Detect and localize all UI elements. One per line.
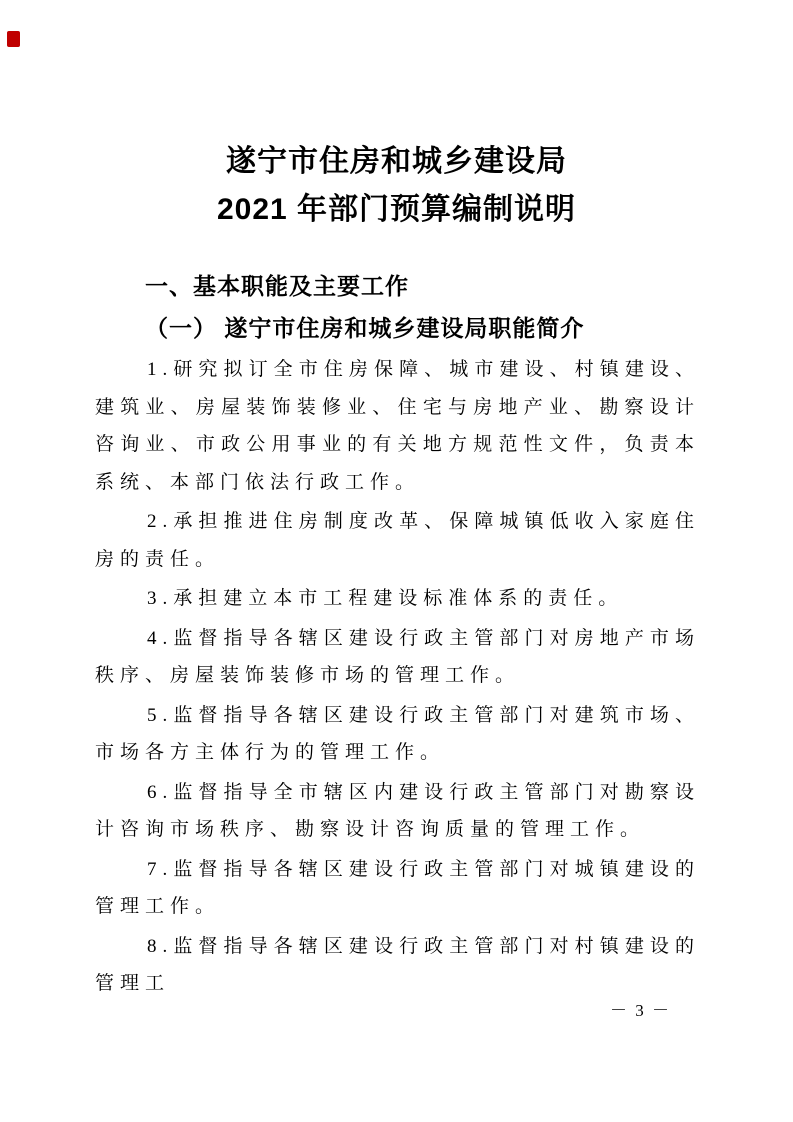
subsection-heading: （一） 遂宁市住房和城乡建设局职能简介: [145, 307, 733, 349]
document-title-line2: 2021 年部门预算编制说明: [0, 186, 793, 234]
body-paragraph: 8.监督指导各辖区建设行政主管部门对村镇建设的管理工: [95, 928, 700, 1003]
body-paragraph: 6.监督指导全市辖区内建设行政主管部门对勘察设计咨询市场秩序、勘察设计咨询质量的…: [95, 774, 700, 849]
document-title-line1: 遂宁市住房和城乡建设局: [0, 138, 793, 186]
document-title: 遂宁市住房和城乡建设局 2021 年部门预算编制说明: [0, 0, 793, 234]
body-paragraph: 2.承担推进住房制度改革、保障城镇低收入家庭住房的责任。: [95, 503, 700, 578]
body-paragraph: 3.承担建立本市工程建设标准体系的责任。: [95, 580, 700, 618]
body-paragraph: 4.监督指导各辖区建设行政主管部门对房地产市场秩序、房屋装饰装修市场的管理工作。: [95, 620, 700, 695]
page-number: － 3 －: [610, 996, 671, 1021]
body-paragraph: 7.监督指导各辖区建设行政主管部门对城镇建设的管理工作。: [95, 851, 700, 926]
red-corner-mark: [7, 31, 20, 47]
section-heading: 一、基本职能及主要工作: [145, 265, 700, 307]
document-body: 1.研究拟订全市住房保障、城市建设、村镇建设、建筑业、房屋装饰装修业、住宅与房地…: [0, 351, 793, 1003]
document-page: 遂宁市住房和城乡建设局 2021 年部门预算编制说明 一、基本职能及主要工作 （…: [0, 0, 793, 1122]
body-paragraph: 1.研究拟订全市住房保障、城市建设、村镇建设、建筑业、房屋装饰装修业、住宅与房地…: [95, 351, 700, 501]
body-paragraph: 5.监督指导各辖区建设行政主管部门对建筑市场、市场各方主体行为的管理工作。: [95, 697, 700, 772]
